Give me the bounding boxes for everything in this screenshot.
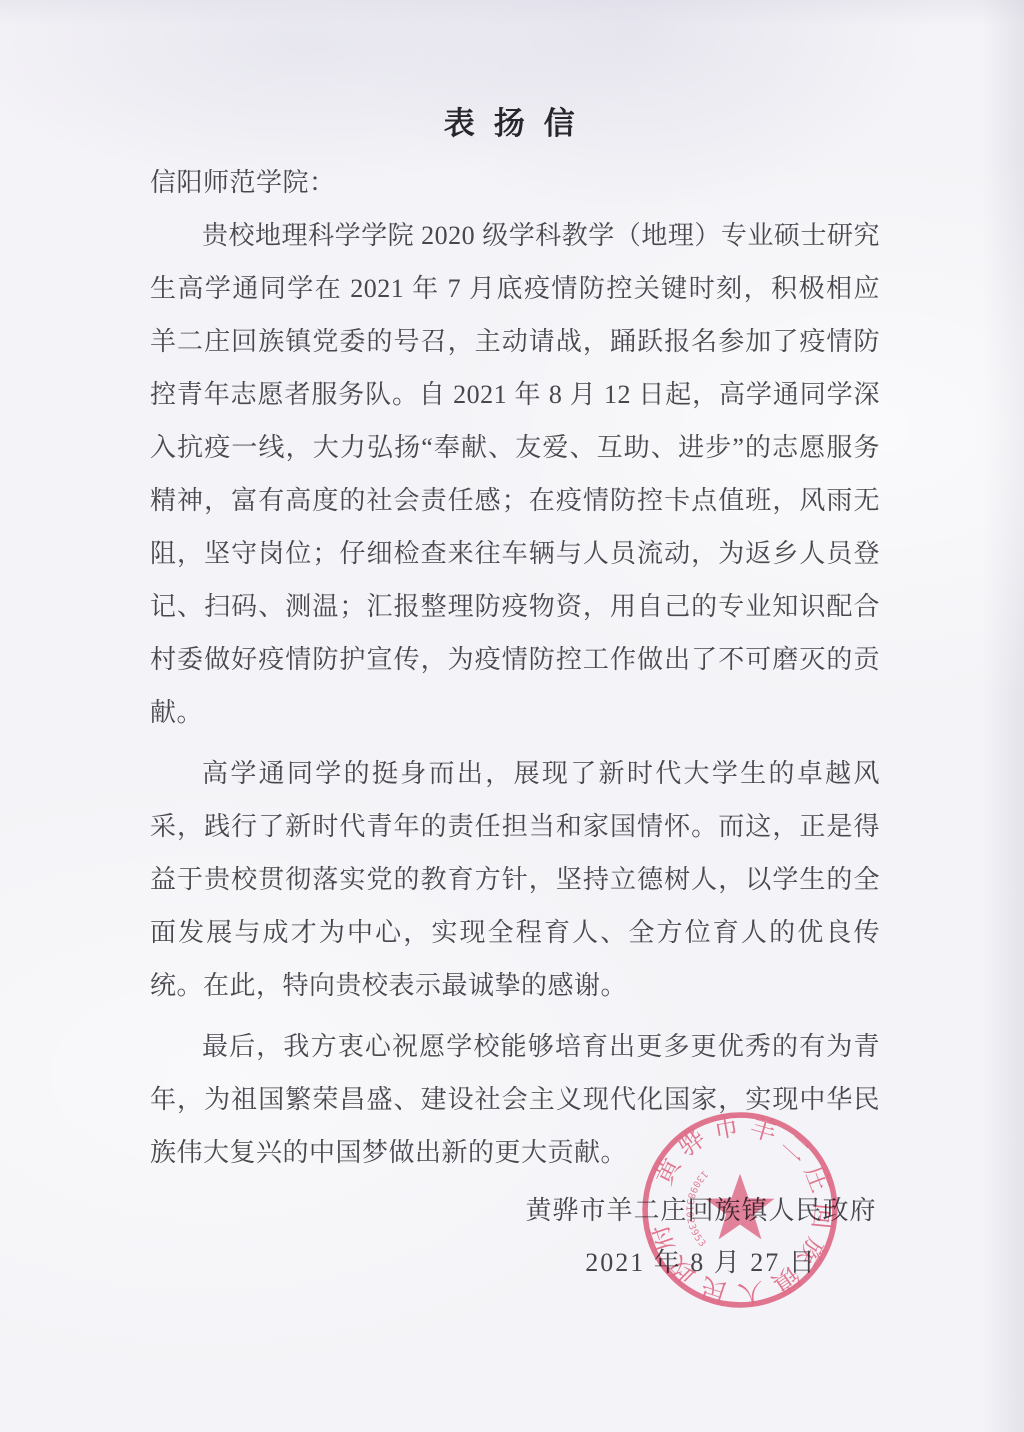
letter-title: 表 扬 信 [0, 98, 1024, 143]
salutation: 信阳师范学院： [150, 156, 880, 209]
paragraph-2: 高学通同学的挺身而出，展现了新时代大学生的卓越风采，践行了新时代青年的责任担当和… [150, 747, 880, 1012]
scanned-letter-page: 表 扬 信 信阳师范学院： 贵校地理科学学院 2020 级学科教学（地理）专业硕… [0, 0, 1024, 1432]
signature-date: 2021 年 8 月 27 日 [389, 1238, 1013, 1288]
letter-body: 信阳师范学院： 贵校地理科学学院 2020 级学科教学（地理）专业硕士研究生高学… [150, 156, 880, 1179]
signature-organization: 黄骅市羊二庄回族镇人民政府 [389, 1186, 1013, 1236]
paragraph-3: 最后，我方衷心祝愿学校能够培育出更多更优秀的有为青年，为祖国繁荣昌盛、建设社会主… [150, 1020, 880, 1179]
paragraph-1: 贵校地理科学学院 2020 级学科教学（地理）专业硕士研究生高学通同学在 202… [150, 209, 880, 739]
signature-block: 黄骅市羊二庄回族镇人民政府 2021 年 8 月 27 日 [389, 1186, 1013, 1288]
